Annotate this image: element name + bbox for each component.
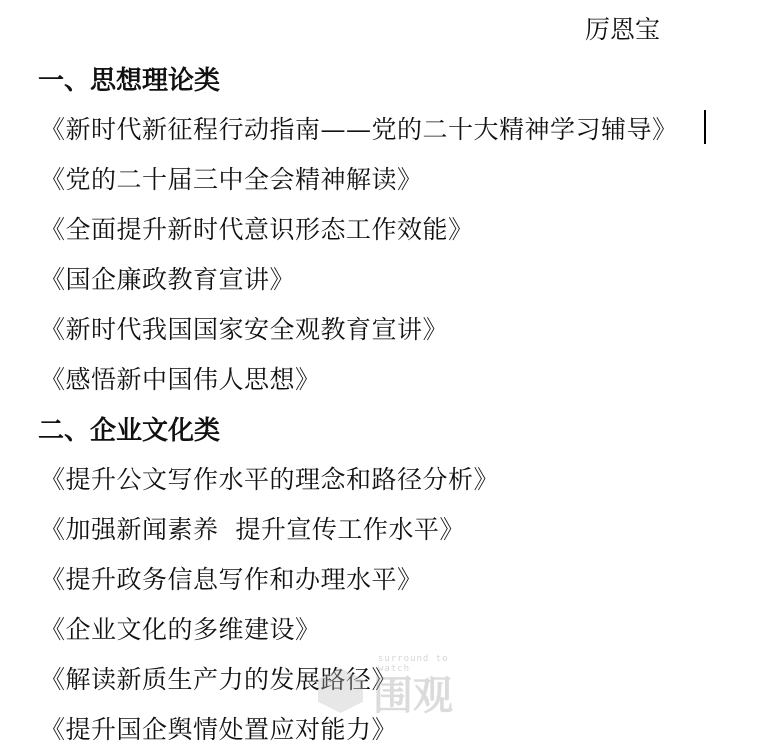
section-heading-culture: 二、企业文化类 [38,410,220,447]
list-item: 《新时代新征程行动指南——党的二十大精神学习辅导》 [40,110,678,146]
list-item: 《国企廉政教育宣讲》 [40,260,295,296]
list-item: 《提升公文写作水平的理念和路径分析》 [40,460,499,496]
list-item: 《加强新闻素养 提升宣传工作水平》 [40,510,465,546]
list-item: 《企业文化的多维建设》 [40,610,321,646]
watermark: surround to watch 围观 [318,660,468,720]
list-item: 《全面提升新时代意识形态工作效能》 [40,210,474,246]
list-item: 《新时代我国国家安全观教育宣讲》 [40,310,448,346]
author-name: 厉恩宝 [585,10,660,46]
watermark-text: 围观 [373,664,453,721]
list-item: 《感悟新中国伟人思想》 [40,360,321,396]
section-heading-theory: 一、思想理论类 [38,60,220,97]
list-item: 《提升政务信息写作和办理水平》 [40,560,423,596]
text-cursor [704,110,706,144]
watermark-logo-icon [318,668,363,713]
list-item: 《党的二十届三中全会精神解读》 [40,160,423,196]
